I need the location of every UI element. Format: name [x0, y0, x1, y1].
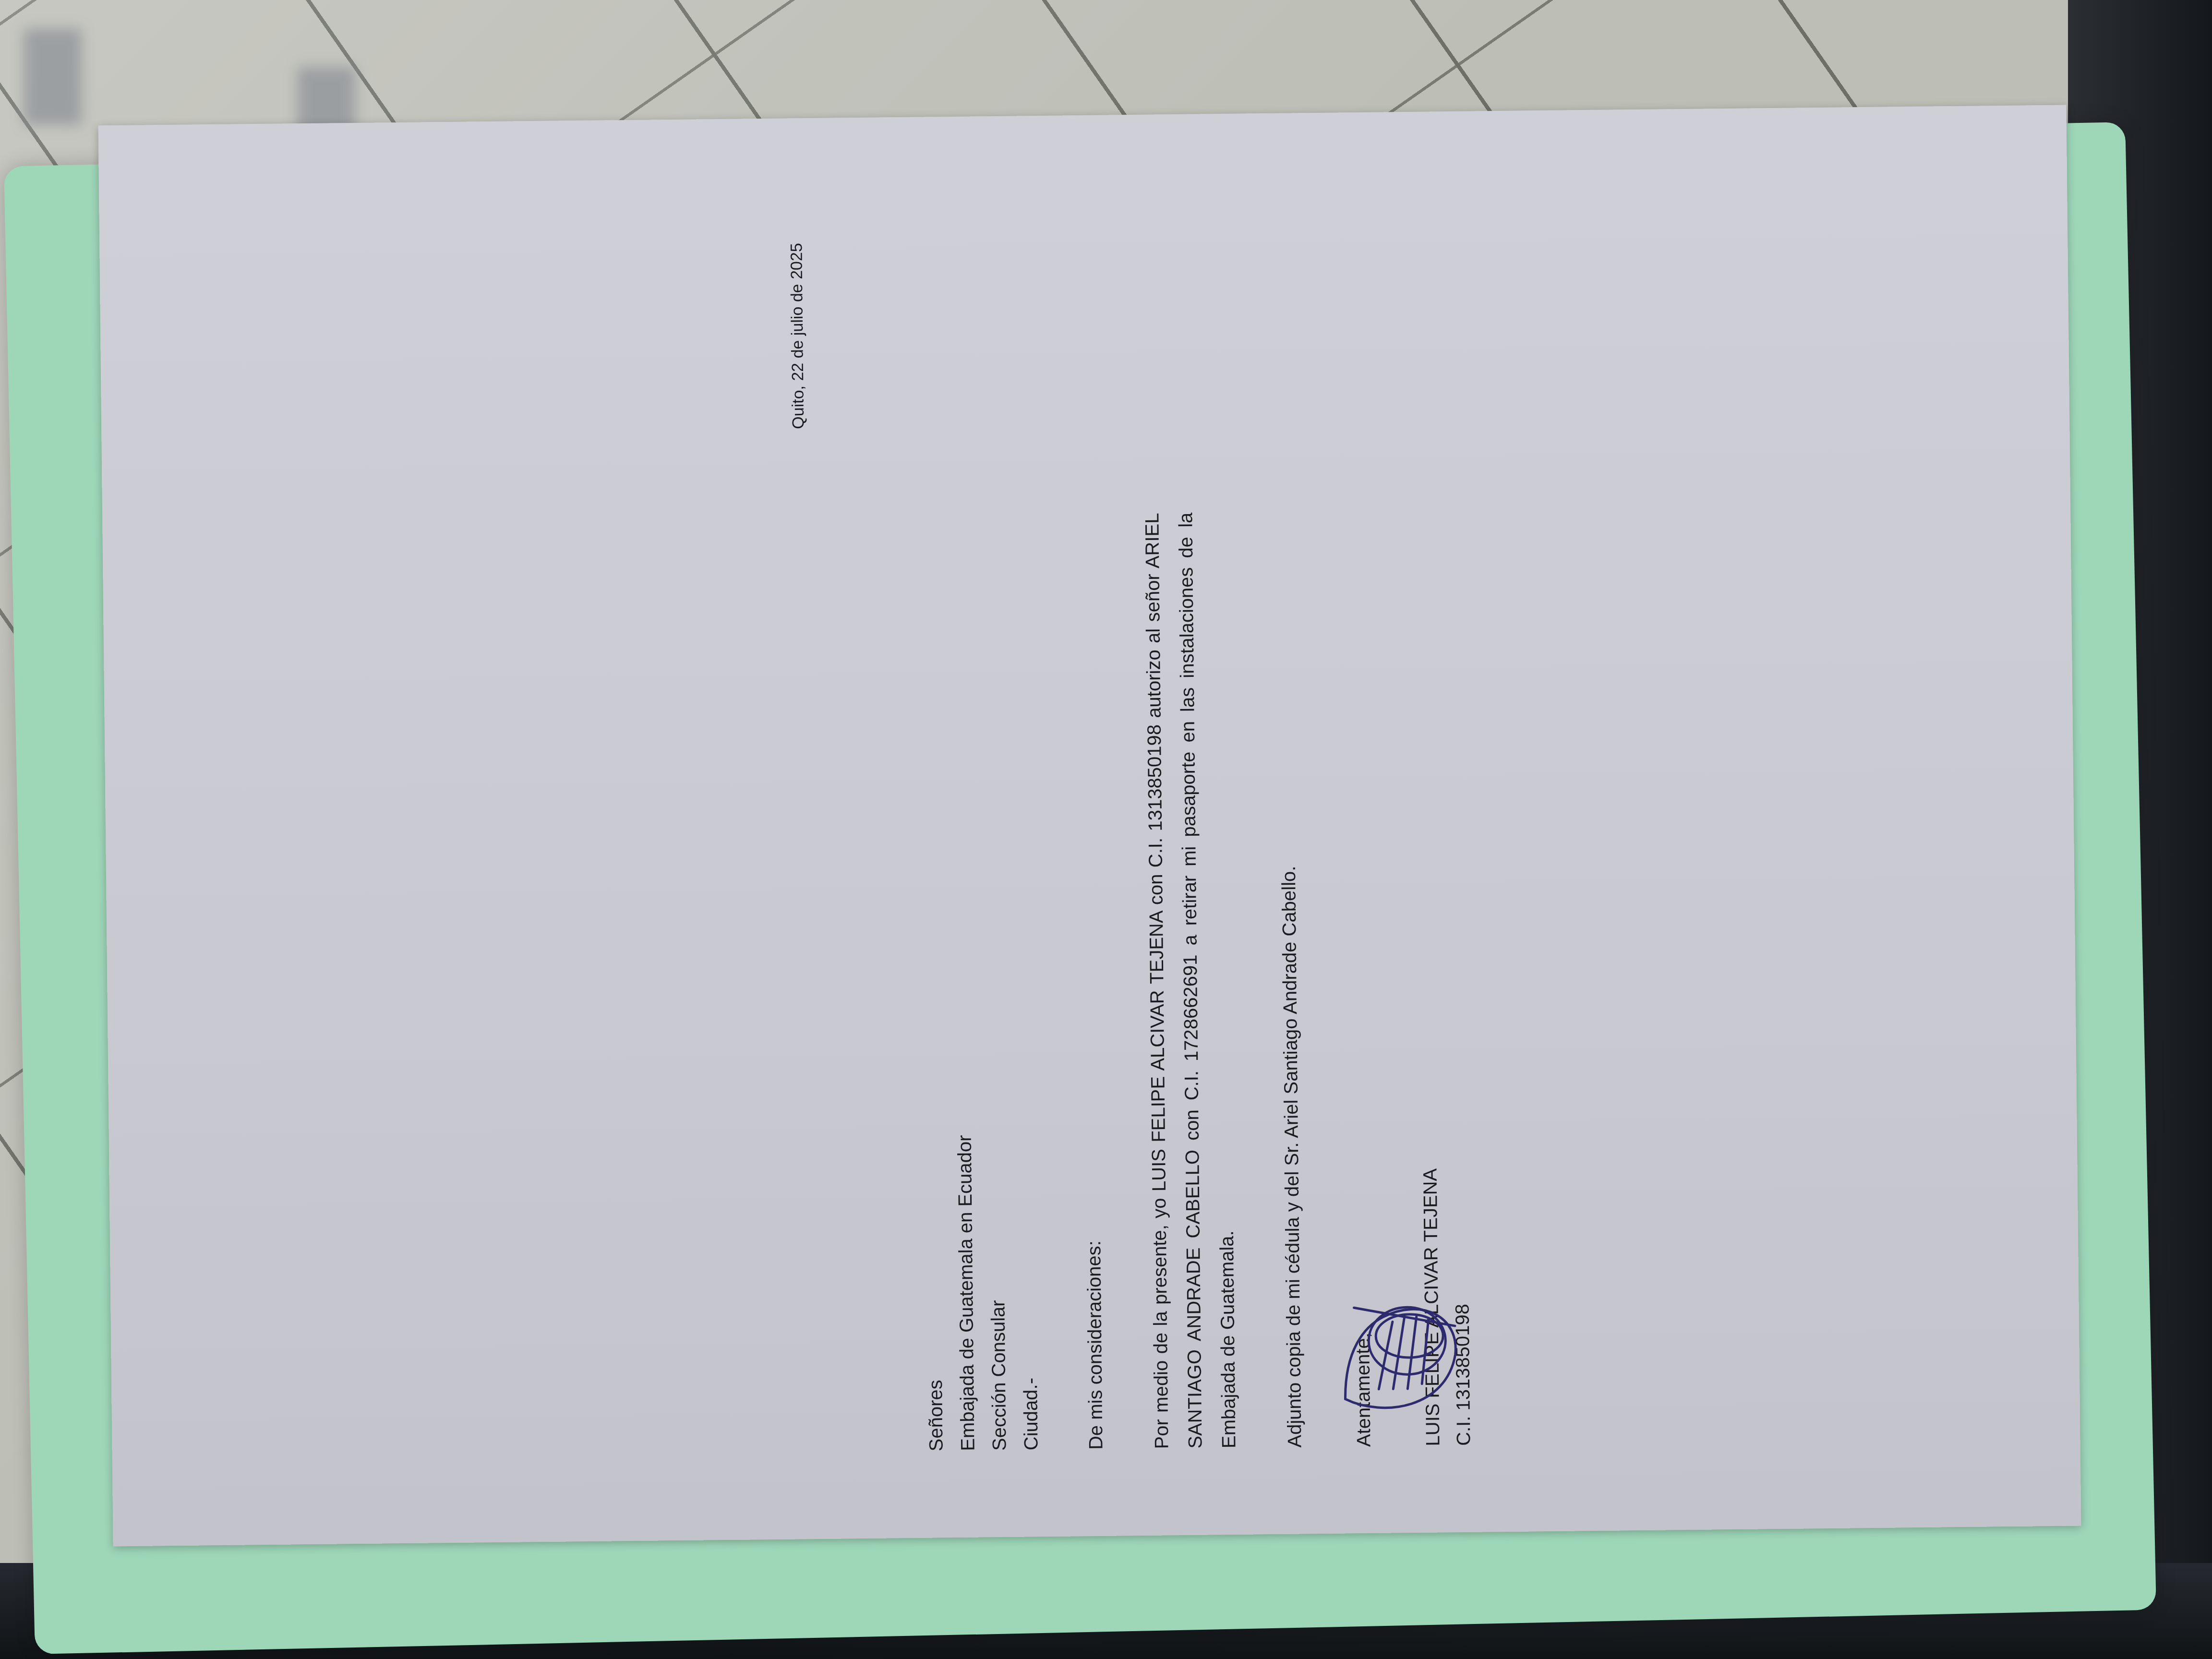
letter-content: Quito, 22 de julio de 2025 Señores Embaj…	[781, 216, 1543, 1453]
date-line: Quito, 22 de julio de 2025	[781, 243, 824, 1453]
body-paragraph: Por medio de la presente, yo LUIS FELIPE…	[1135, 512, 1246, 1449]
closing: Atentamente,	[1336, 218, 1380, 1447]
greeting: De mis consideraciones:	[1068, 221, 1112, 1450]
signature-block: LUIS FELIPE ALCIVAR TEJENA C.I. 13138501…	[1405, 217, 1479, 1446]
letter-paper: Quito, 22 de julio de 2025 Señores Embaj…	[98, 105, 2081, 1547]
signature-scribble-icon	[1325, 1283, 1470, 1428]
recipient-block: Señores Embajada de Guatemala en Ecuador…	[908, 221, 1047, 1452]
handwritten-signature	[1325, 1283, 1470, 1428]
floor-tile-mark	[24, 29, 82, 125]
attachment-note: Adjunto copia de mi cédula y del Sr. Ari…	[1267, 218, 1310, 1448]
